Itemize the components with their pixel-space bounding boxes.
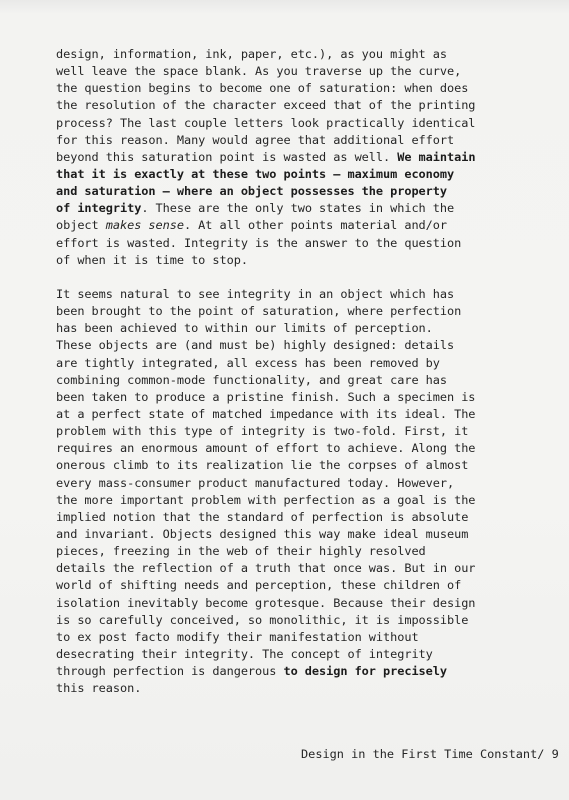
text-run: isolation inevitably become grotesque. B… (56, 596, 475, 610)
text-run: through perfection is dangerous (56, 664, 283, 678)
bold-text: that it is exactly at these two points –… (56, 167, 454, 181)
text-run: implied notion that the standard of perf… (56, 510, 468, 524)
text-run: problem with this type of integrity is t… (56, 424, 468, 438)
text-run: the resolution of the character exceed t… (56, 98, 475, 112)
text-line: of when it is time to stop. (56, 252, 556, 269)
text-line: to ex post facto modify their manifestat… (56, 629, 556, 646)
text-line: has been achieved to within our limits o… (56, 320, 556, 337)
body-text: design, information, ink, paper, etc.), … (56, 46, 556, 697)
paragraph: It seems natural to see integrity in an … (56, 286, 556, 697)
text-run: onerous climb to its realization lie the… (56, 458, 468, 472)
text-line: It seems natural to see integrity in an … (56, 286, 556, 303)
text-run: has been achieved to within our limits o… (56, 321, 433, 335)
text-line: onerous climb to its realization lie the… (56, 457, 556, 474)
text-run: process? The last couple letters look pr… (56, 116, 475, 130)
text-run: design, information, ink, paper, etc.), … (56, 47, 447, 61)
text-run: the question begins to become one of sat… (56, 81, 468, 95)
page-footer: Design in the First Time Constant/ 9 (301, 747, 559, 761)
text-run: requires an enormous amount of effort to… (56, 441, 475, 455)
text-run: object (56, 218, 106, 232)
text-line: well leave the space blank. As you trave… (56, 63, 556, 80)
running-title: Design in the First Time Constant (301, 747, 537, 761)
text-line: desecrating their integrity. The concept… (56, 646, 556, 663)
text-run: to ex post facto modify their manifestat… (56, 630, 419, 644)
text-run: been brought to the point of saturation,… (56, 304, 461, 318)
text-line: the resolution of the character exceed t… (56, 97, 556, 114)
text-line: These objects are (and must be) highly d… (56, 337, 556, 354)
paragraph-gap (56, 269, 556, 286)
text-run: every mass-consumer product manufactured… (56, 476, 454, 490)
text-run: are tightly integrated, all excess has b… (56, 356, 440, 370)
text-run: combining common-mode functionality, and… (56, 373, 447, 387)
text-run: for this reason. Many would agree that a… (56, 133, 454, 147)
text-line: implied notion that the standard of perf… (56, 509, 556, 526)
text-line: been brought to the point of saturation,… (56, 303, 556, 320)
text-run: It seems natural to see integrity in an … (56, 287, 454, 301)
bold-text: to design for precisely (283, 664, 447, 678)
text-run: is so carefully conceived, so monolithic… (56, 613, 468, 627)
text-line: object makes sense. At all other points … (56, 217, 556, 234)
text-run: desecrating their integrity. The concept… (56, 647, 433, 661)
text-run: the more important problem with perfecti… (56, 493, 475, 507)
page-number: 9 (552, 747, 559, 761)
text-run: . At all other points material and/or (184, 218, 447, 232)
text-run: These objects are (and must be) highly d… (56, 338, 454, 352)
text-run: well leave the space blank. As you trave… (56, 64, 461, 78)
text-line: details the reflection of a truth that o… (56, 560, 556, 577)
text-line: are tightly integrated, all excess has b… (56, 355, 556, 372)
text-line: requires an enormous amount of effort to… (56, 440, 556, 457)
text-run: . These are the only two states in which… (141, 201, 454, 215)
text-line: every mass-consumer product manufactured… (56, 475, 556, 492)
text-run: at a perfect state of matched impedance … (56, 407, 475, 421)
text-line: process? The last couple letters look pr… (56, 115, 556, 132)
text-line: this reason. (56, 680, 556, 697)
text-line: and saturation – where an object possess… (56, 183, 556, 200)
text-run: this reason. (56, 681, 141, 695)
text-line: at a perfect state of matched impedance … (56, 406, 556, 423)
text-line: beyond this saturation point is wasted a… (56, 149, 556, 166)
text-run: of when it is time to stop. (56, 253, 248, 267)
text-run: and invariant. Objects designed this way… (56, 527, 468, 541)
italic-text: makes sense (106, 218, 184, 232)
book-page: design, information, ink, paper, etc.), … (0, 0, 569, 800)
bold-text: We maintain (397, 150, 475, 164)
paragraph: design, information, ink, paper, etc.), … (56, 46, 556, 269)
footer-separator: / (537, 747, 551, 761)
text-run: pieces, freezing in the web of their hig… (56, 544, 426, 558)
text-line: been taken to produce a pristine finish.… (56, 389, 556, 406)
bold-text: of integrity (56, 201, 141, 215)
text-run: been taken to produce a pristine finish.… (56, 390, 475, 404)
text-line: and invariant. Objects designed this way… (56, 526, 556, 543)
text-line: combining common-mode functionality, and… (56, 372, 556, 389)
text-run: world of shifting needs and perception, … (56, 578, 461, 592)
text-line: is so carefully conceived, so monolithic… (56, 612, 556, 629)
text-line: through perfection is dangerous to desig… (56, 663, 556, 680)
text-line: that it is exactly at these two points –… (56, 166, 556, 183)
text-line: pieces, freezing in the web of their hig… (56, 543, 556, 560)
text-line: design, information, ink, paper, etc.), … (56, 46, 556, 63)
bold-text: and saturation – where an object possess… (56, 184, 447, 198)
text-line: of integrity. These are the only two sta… (56, 200, 556, 217)
text-line: effort is wasted. Integrity is the answe… (56, 235, 556, 252)
text-line: the question begins to become one of sat… (56, 80, 556, 97)
text-line: problem with this type of integrity is t… (56, 423, 556, 440)
text-run: effort is wasted. Integrity is the answe… (56, 236, 461, 250)
text-line: the more important problem with perfecti… (56, 492, 556, 509)
text-line: world of shifting needs and perception, … (56, 577, 556, 594)
text-run: beyond this saturation point is wasted a… (56, 150, 397, 164)
text-run: details the reflection of a truth that o… (56, 561, 475, 575)
text-line: isolation inevitably become grotesque. B… (56, 595, 556, 612)
text-line: for this reason. Many would agree that a… (56, 132, 556, 149)
